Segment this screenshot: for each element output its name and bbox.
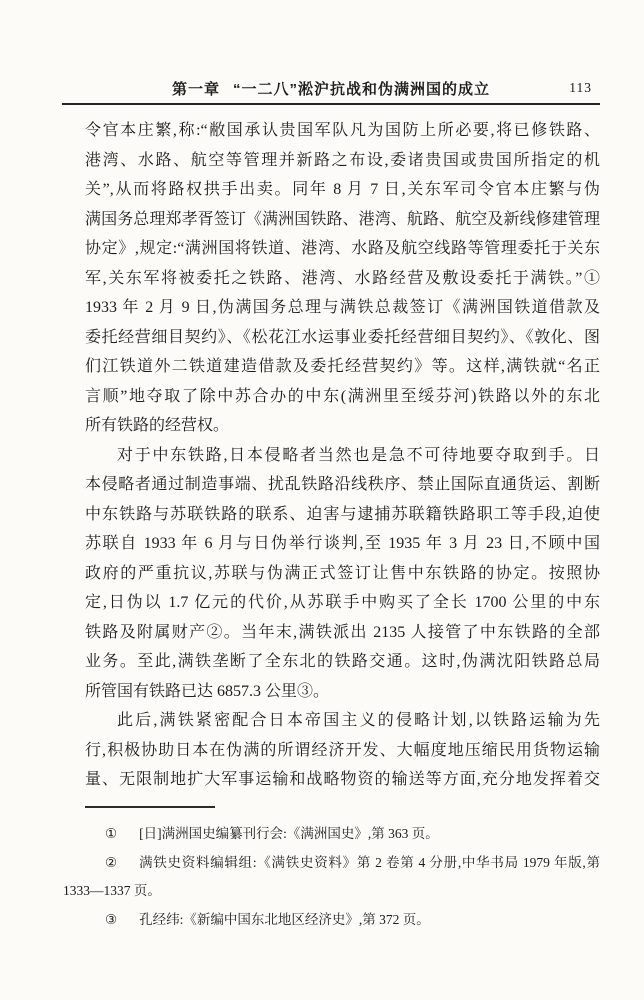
footnote-line: ①[日]满洲国史编纂刊行会:《满洲国史》,第 363 页。 <box>85 820 600 849</box>
body-line: 业务。至此,满铁垄断了全东北的铁路交通。这时,伪满沈阳铁路总局 <box>85 647 600 677</box>
chapter-number: 第一章 <box>172 81 220 98</box>
paragraph: 对于中东铁路,日本侵略者当然也是急不可待地要夺取到手。日本侵略者通过制造事端、扰… <box>85 441 600 707</box>
footnote-line: ②满铁史资料编辑组:《满铁史资料》第 2 卷第 4 分册,中华书局 1979 年… <box>85 849 600 878</box>
body-line: 此后,满铁紧密配合日本帝国主义的侵略计划,以铁路运输为先 <box>85 706 600 736</box>
body-line: 对于中东铁路,日本侵略者当然也是急不可待地要夺取到手。日 <box>85 441 600 471</box>
footnote-marker: ③ <box>105 906 117 935</box>
book-page: 第一章“一二八”淞沪抗战和伪满洲国的成立 113 令官本庄繁,称:“敝国承认贵国… <box>0 0 644 1000</box>
chapter-heading: 第一章“一二八”淞沪抗战和伪满洲国的成立 <box>62 78 600 99</box>
body-line: 关”,从而将路权拱手出卖。同年 8 月 7 日,关东军司令官本庄繁与伪 <box>85 175 600 205</box>
body-line: 令官本庄繁,称:“敝国承认贵国军队凡为国防上所必要,将已修铁路、 <box>85 116 600 146</box>
footnote-text: [日]满洲国史编纂刊行会:《满洲国史》,第 363 页。 <box>139 820 600 849</box>
running-head: 第一章“一二八”淞沪抗战和伪满洲国的成立 113 <box>62 78 600 105</box>
body-line: 行,积极协助日本在伪满的所谓经济开发、大幅度地压缩民用货物运输 <box>85 736 600 766</box>
footnote: ②满铁史资料编辑组:《满铁史资料》第 2 卷第 4 分册,中华书局 1979 年… <box>85 849 600 906</box>
body-line: 港湾、水路、航空等管理并新路之布设,委诸贵国或贵国所指定的机 <box>85 146 600 176</box>
chapter-title: “一二八”淞沪抗战和伪满洲国的成立 <box>233 81 490 98</box>
paragraph: 令官本庄繁,称:“敝国承认贵国军队凡为国防上所必要,将已修铁路、港湾、水路、航空… <box>85 116 600 441</box>
body-text: 令官本庄繁,称:“敝国承认贵国军队凡为国防上所必要,将已修铁路、港湾、水路、航空… <box>85 116 600 795</box>
body-line: 1933 年 2 月 9 日,伪满国务总理与满铁总裁签订《满洲国铁道借款及 <box>85 293 600 323</box>
footnote-text: 孔经纬:《新编中国东北地区经济史》,第 372 页。 <box>139 906 600 935</box>
body-line: 言顺”地夺取了除中苏合办的中东(满洲里至绥芬河)铁路以外的东北 <box>85 382 600 412</box>
paragraph: 此后,满铁紧密配合日本帝国主义的侵略计划,以铁路运输为先行,积极协助日本在伪满的… <box>85 706 600 795</box>
footnote-text: 满铁史资料编辑组:《满铁史资料》第 2 卷第 4 分册,中华书局 1979 年版… <box>139 849 600 878</box>
body-line: 委托经营细目契约》、《松花江水运事业委托经营细目契约》、《敦化、图 <box>85 323 600 353</box>
body-line: 本侵略者通过制造事端、扰乱铁路沿线秩序、禁止国际直通货运、割断 <box>85 470 600 500</box>
footnotes: ①[日]满洲国史编纂刊行会:《满洲国史》,第 363 页。②满铁史资料编辑组:《… <box>85 820 600 934</box>
body-line: 协定》,规定:“满洲国将铁道、港湾、水路及航空线路等管理委托于关东 <box>85 234 600 264</box>
body-line: 苏联自 1933 年 6 月与日伪举行谈判,至 1935 年 3 月 23 日,… <box>85 529 600 559</box>
body-line: 满国务总理郑孝胥签订《满洲国铁路、港湾、航路、航空及新线修建管理 <box>85 205 600 235</box>
body-line: 们江铁道外二铁道建造借款及委托经营契约》等。这样,满铁就“名正 <box>85 352 600 382</box>
body-line: 定,日伪以 1.7 亿元的代价,从苏联手中购买了全长 1700 公里的中东 <box>85 588 600 618</box>
footnote-line: ③孔经纬:《新编中国东北地区经济史》,第 372 页。 <box>85 906 600 935</box>
body-line: 量、无限制地扩大军事运输和战略物资的输送等方面,充分地发挥着交 <box>85 765 600 795</box>
footnote: ①[日]满洲国史编纂刊行会:《满洲国史》,第 363 页。 <box>85 820 600 849</box>
body-line: 所有铁路的经营权。 <box>85 411 600 441</box>
footnote-continuation-line: 1333—1337 页。 <box>63 877 600 906</box>
body-line: 铁路及附属财产②。当年末,满铁派出 2135 人接管了中东铁路的全部 <box>85 618 600 648</box>
footnote-marker: ② <box>105 849 117 878</box>
page-number: 113 <box>569 80 592 96</box>
footnote-separator <box>85 806 215 808</box>
body-line: 中东铁路与苏联铁路的联系、迫害与逮捕苏联籍铁路职工等手段,迫使 <box>85 500 600 530</box>
footnote: ③孔经纬:《新编中国东北地区经济史》,第 372 页。 <box>85 906 600 935</box>
body-line: 军,关东军将被委托之铁路、港湾、水路经营及敷设委托于满铁。”① <box>85 264 600 294</box>
footnote-marker: ① <box>105 820 117 849</box>
body-line: 政府的严重抗议,苏联与伪满正式签订让售中东铁路的协定。按照协 <box>85 559 600 589</box>
body-line: 所管国有铁路已达 6857.3 公里③。 <box>85 677 600 707</box>
